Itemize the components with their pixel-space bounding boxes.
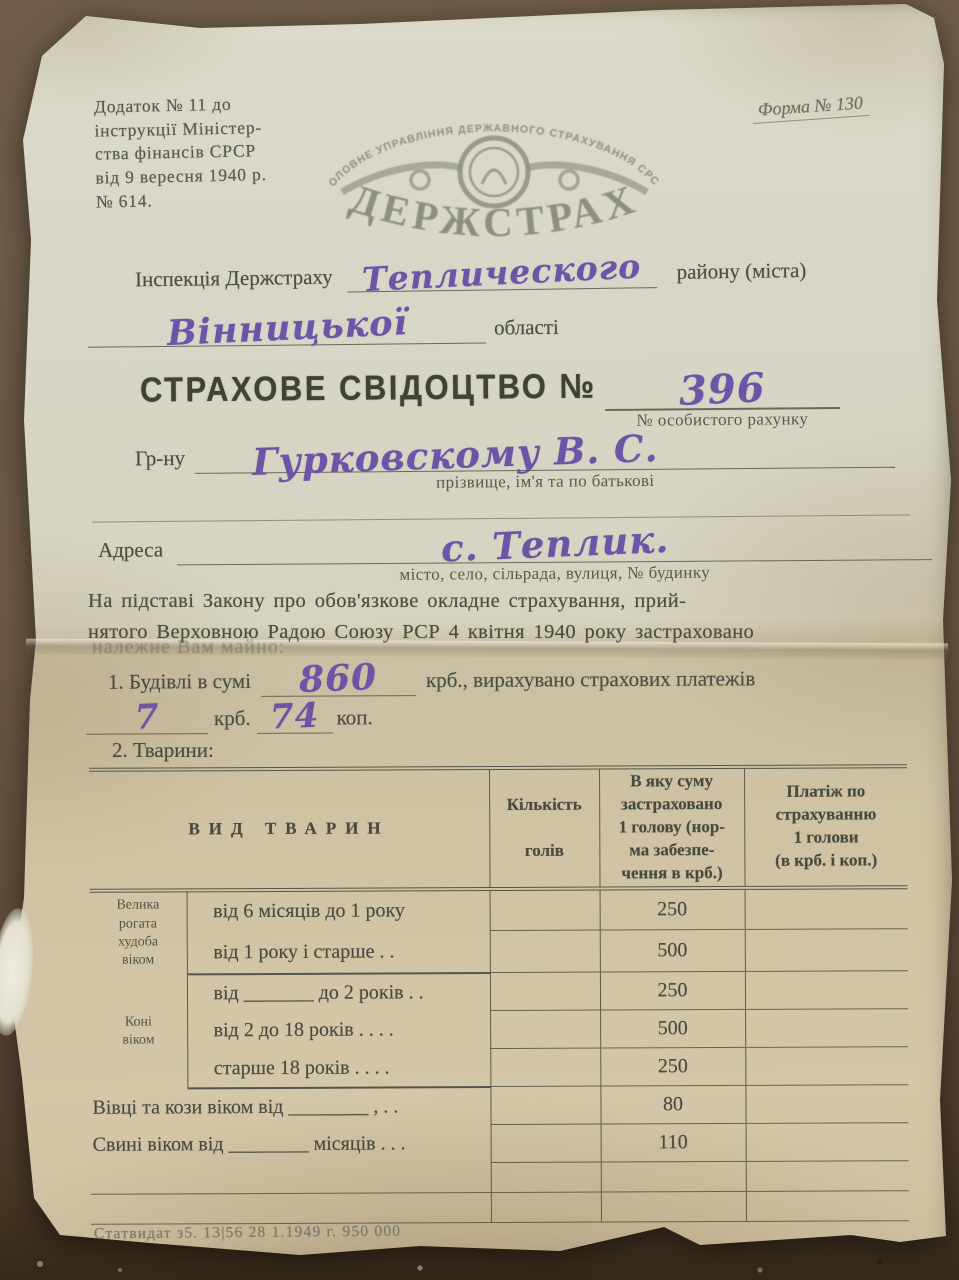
animal-desc: старше 18 років . . . . — [187, 1049, 490, 1088]
payments-kop-blank: 74 — [257, 701, 333, 733]
certificate-number-blank: 396 № особистого рахунку — [604, 371, 839, 411]
animal-desc: від 1 року і старше . . — [187, 931, 490, 974]
qty-cell — [490, 1010, 600, 1048]
animal-group-label: Коні віком — [90, 974, 187, 1088]
certificate-number-handwritten: 396 — [678, 370, 766, 410]
animal-desc: від 6 місяців до 1 року — [187, 889, 490, 932]
payment-cell — [745, 929, 908, 972]
payments-krb-blank: 7 — [86, 702, 208, 735]
qty-cell — [491, 1162, 601, 1192]
qty-cell — [491, 1124, 601, 1162]
table-row: Вівці та кози віком від ________ , . . 8… — [90, 1085, 908, 1127]
qty-cell — [490, 888, 600, 930]
insured-sum-blank: 860 — [261, 662, 416, 697]
buildings-clause: 1. Будівлі в сумі 860 крб., вирахувано с… — [108, 660, 755, 697]
table-row: Свині віком від ________ місяців . . . 1… — [91, 1123, 909, 1165]
citizen-label: Гр-ну — [135, 446, 185, 474]
buildings-prefix: 1. Будівлі в сумі — [108, 669, 251, 698]
animal-desc: Вівці та кози віком від ________ , . . — [90, 1087, 490, 1127]
address-blank: с. Теплик. місто, село, сільрада, вулиця… — [177, 525, 932, 565]
payment-cell — [745, 971, 908, 1010]
derzhstrakh-emblem: ГОЛОВНЕ УПРАВЛІННЯ ДЕРЖАВНОГО СТРАХУВАНН… — [322, 84, 667, 239]
oblast-blank: Вінницької — [88, 311, 486, 348]
imprint-line: Статвидат з5. 13|56 28 1.1949 г. 950 000 — [94, 1223, 401, 1244]
animal-group-label: Велика рогата худоба віком — [90, 890, 187, 974]
animals-clause-label: 2. Тварини: — [112, 738, 214, 763]
animals-table: ВИД ТВАРИН Кількість голів В яку суму за… — [89, 764, 909, 1225]
oblast-handwritten: Вінницької — [166, 307, 408, 349]
district-handwritten: Теплического — [361, 251, 641, 294]
qty-cell — [491, 1192, 601, 1222]
norm-cell — [601, 1192, 746, 1223]
certificate-title: СТРАХОВЕ СВІДОЦТВО № — [140, 366, 597, 415]
qty-cell — [490, 1048, 600, 1086]
district-suffix: району (міста) — [676, 258, 806, 288]
qty-cell — [490, 930, 600, 972]
payment-cell — [745, 1009, 908, 1048]
animal-desc — [91, 1163, 491, 1195]
animal-desc: від 2 до 18 років . . . . — [187, 1011, 490, 1050]
payments-kop-handwritten: 74 — [269, 701, 320, 734]
buildings-suffix: крб., вирахувано страхових платежів — [426, 666, 755, 696]
law-paragraph-faint: належне Вам майно: — [92, 636, 285, 659]
payment-cell — [746, 1161, 909, 1192]
payments-line: 7 крб. 74 коп. — [86, 701, 373, 735]
norm-cell: 80 — [600, 1086, 745, 1125]
header-quantity: Кількість голів — [489, 768, 600, 889]
svg-text:ДЕРЖСТРАХ: ДЕРЖСТРАХ — [345, 175, 644, 239]
norm-cell: 110 — [601, 1124, 746, 1163]
emblem-logo-text: ДЕРЖСТРАХ — [345, 175, 644, 239]
table-header-row: ВИД ТВАРИН Кількість голів В яку суму за… — [89, 766, 908, 890]
table-row: від 1 року і старше . . 500 — [90, 929, 908, 975]
animal-desc: Свині віком від ________ місяців . . . — [91, 1125, 491, 1165]
norm-cell: 500 — [600, 1010, 745, 1049]
kop-label: коп. — [337, 705, 373, 733]
payments-krb-handwritten: 7 — [134, 702, 160, 734]
table-row: Коні віком від _______ до 2 років . . 25… — [90, 971, 908, 1013]
citizen-line: Гр-ну Гурковскому В. С. прізвище, ім'я т… — [135, 433, 907, 475]
payment-cell — [745, 1085, 908, 1124]
header-insured-norm: В яку суму застраховано 1 голову (нор- м… — [599, 767, 745, 888]
norm-cell — [601, 1162, 746, 1193]
citizen-name-blank: Гурковскому В. С. прізвище, ім'я та по б… — [195, 433, 895, 474]
table-row: Велика рогата худоба віком від 6 місяців… — [90, 887, 908, 933]
payment-cell — [745, 1047, 908, 1086]
table-row: старше 18 років . . . . 250 — [90, 1047, 908, 1089]
norm-cell: 250 — [600, 972, 745, 1011]
table-row — [91, 1161, 909, 1195]
table-row — [91, 1191, 909, 1225]
gravel-strip — [0, 1250, 959, 1280]
payment-cell — [746, 1123, 909, 1162]
norm-cell: 250 — [600, 1048, 745, 1087]
animals-table-wrap: ВИД ТВАРИН Кількість голів В яку суму за… — [89, 764, 909, 1225]
insured-sum-handwritten: 860 — [299, 661, 378, 697]
krb-label: крб. — [214, 706, 251, 734]
address-handwritten: с. Теплик. — [440, 523, 669, 566]
table-row: від 2 до 18 років . . . . 500 — [90, 1009, 908, 1051]
payment-cell — [746, 1191, 909, 1222]
inspection-label: Інспекція Держстраху — [135, 265, 333, 296]
animal-desc: від _______ до 2 років . . — [187, 973, 490, 1012]
animal-desc — [91, 1193, 491, 1225]
oblast-label: області — [494, 315, 559, 344]
address-line: Адреса с. Теплик. місто, село, сільрада,… — [98, 525, 943, 566]
qty-cell — [490, 1086, 600, 1124]
appendix-note: Додаток № 11 до інструкції Міністер- ств… — [94, 90, 346, 213]
district-blank: Теплического — [346, 256, 656, 292]
norm-cell: 250 — [600, 888, 745, 931]
oblast-line: Вінницької області — [88, 309, 608, 347]
header-animal-kind: ВИД ТВАРИН — [89, 768, 490, 890]
payment-cell — [745, 887, 908, 930]
certificate-title-row: СТРАХОВЕ СВІДОЦТВО № 396 № особистого ра… — [140, 369, 840, 415]
address-label: Адреса — [98, 537, 163, 565]
qty-cell — [490, 972, 600, 1010]
norm-cell: 500 — [600, 930, 745, 973]
header-payment: Платіж по страхуванню 1 голови (в крб. і… — [744, 766, 908, 887]
